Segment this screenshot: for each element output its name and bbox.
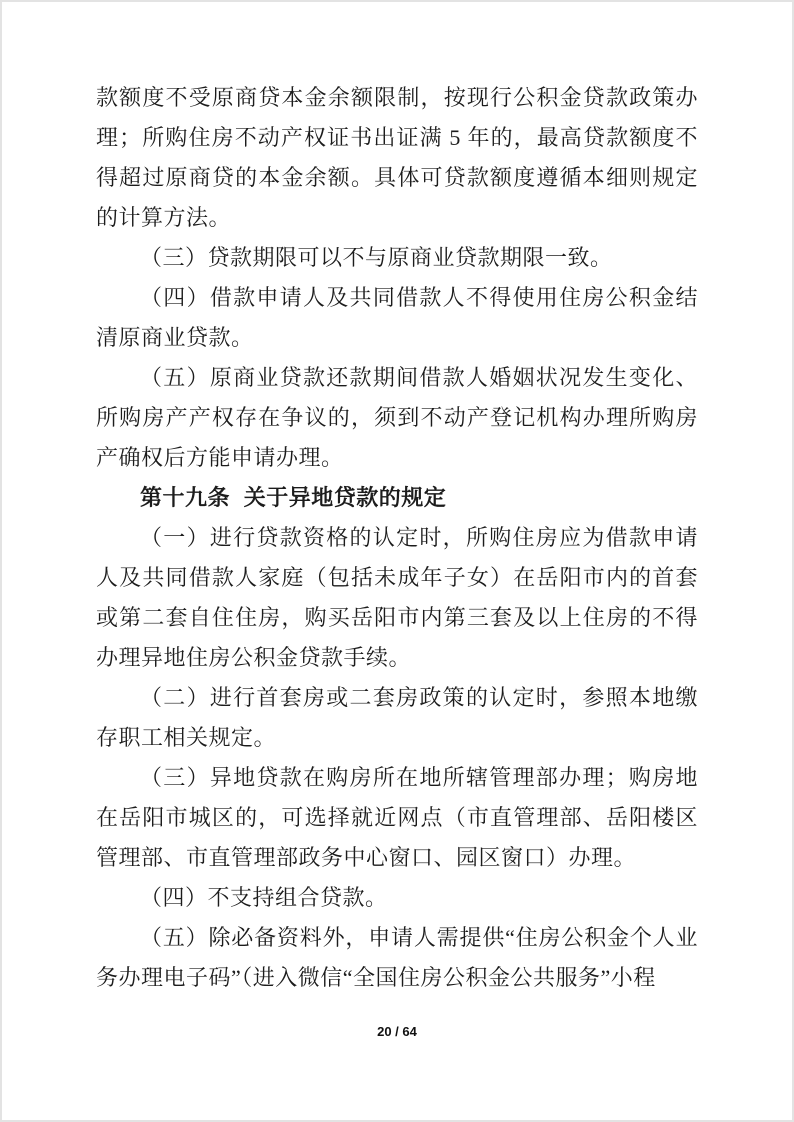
document-page: 款额度不受原商贷本金余额限制，按现行公积金贷款政策办理；所购住房不动产权证书出证… bbox=[0, 0, 794, 1122]
paragraph-item-1: （一）进行贷款资格的认定时，所购住房应为借款申请人及共同借款人家庭（包括未成年子… bbox=[96, 518, 698, 678]
paragraph-item-3b: （三）异地贷款在购房所在地所辖管理部办理；购房地在岳阳市城区的，可选择就近网点（… bbox=[96, 758, 698, 878]
paragraph-item-2: （二）进行首套房或二套房政策的认定时，参照本地缴存职工相关规定。 bbox=[96, 678, 698, 758]
paragraph-item-4b: （四）不支持组合贷款。 bbox=[96, 878, 698, 918]
page-body-text: 款额度不受原商贷本金余额限制，按现行公积金贷款政策办理；所购住房不动产权证书出证… bbox=[96, 78, 698, 998]
page-number: 20 / 64 bbox=[0, 1024, 794, 1039]
paragraph-item-4: （四）借款申请人及共同借款人不得使用住房公积金结清原商业贷款。 bbox=[96, 278, 698, 358]
paragraph-item-5b: （五）除必备资料外，申请人需提供“住房公积金个人业务办理电子码”（进入微信“全国… bbox=[96, 918, 698, 998]
section-heading-article-19: 第十九条 关于异地贷款的规定 bbox=[96, 478, 698, 518]
paragraph-item-3: （三）贷款期限可以不与原商业贷款期限一致。 bbox=[96, 238, 698, 278]
paragraph-continuation: 款额度不受原商贷本金余额限制，按现行公积金贷款政策办理；所购住房不动产权证书出证… bbox=[96, 78, 698, 238]
paragraph-item-5: （五）原商业贷款还款期间借款人婚姻状况发生变化、所购房产产权存在争议的，须到不动… bbox=[96, 358, 698, 478]
